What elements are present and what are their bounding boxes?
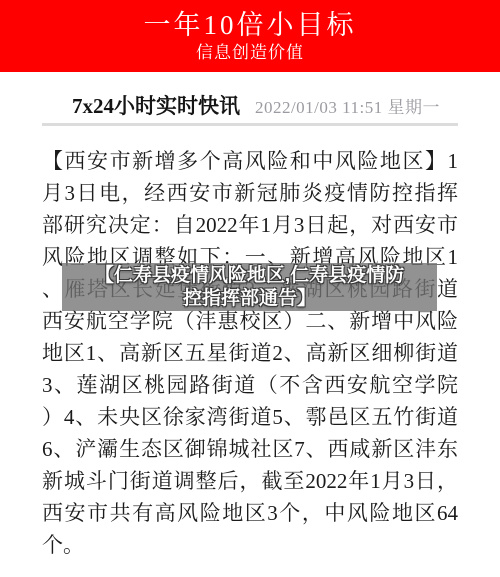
article-line: 西安市共有高风险地区3个，中风险地区64 (42, 497, 458, 529)
article-line: 个。 (42, 529, 458, 561)
timestamp: 2022/01/03 11:51 星期一 (255, 93, 440, 118)
article-line: 月3日电，经西安市新冠肺炎疫情防控指挥 (42, 177, 458, 209)
article-line: 【西安市新增多个高风险和中风险地区】1 (42, 145, 458, 177)
article-line: 地区1、高新区五星街道2、高新区细柳街道 (42, 337, 458, 369)
section-header: 7x24小时实时快讯 2022/01/03 11:51 星期一 (42, 90, 458, 120)
news-flash-page: 一年10倍小目标 信息创造价值 7x24小时实时快讯 2022/01/03 11… (0, 0, 500, 577)
article-line: 新城斗门街道调整后，截至2022年1月3日， (42, 465, 458, 497)
watermark-line-2: 控指挥部通告】 (62, 287, 437, 310)
news-article: 【西安市新增多个高风险和中风险地区】1 月3日电，经西安市新冠肺炎疫情防控指挥 … (42, 145, 458, 561)
masthead-banner: 一年10倍小目标 信息创造价值 (0, 0, 500, 72)
article-line: 6、浐灞生态区御锦城社区7、西咸新区沣东 (42, 433, 458, 465)
site-slogan: 信息创造价值 (0, 42, 500, 64)
channel-title: 7x24小时实时快讯 (72, 90, 240, 120)
article-line: 3、莲湖区桃园路街道（不含西安航空学院 (42, 369, 458, 401)
site-title: 一年10倍小目标 (0, 0, 500, 42)
divider (42, 123, 458, 126)
watermark-line-1: 【仁寿县疫情风险地区,仁寿县疫情防 (62, 264, 437, 287)
watermark-overlay: 【仁寿县疫情风险地区,仁寿县疫情防 控指挥部通告】 (62, 263, 437, 311)
article-line: ）4、未央区徐家湾街道5、鄠邑区五竹街道 (42, 401, 458, 433)
article-line: 部研究决定：自2022年1月3日起，对西安市 (42, 209, 458, 241)
